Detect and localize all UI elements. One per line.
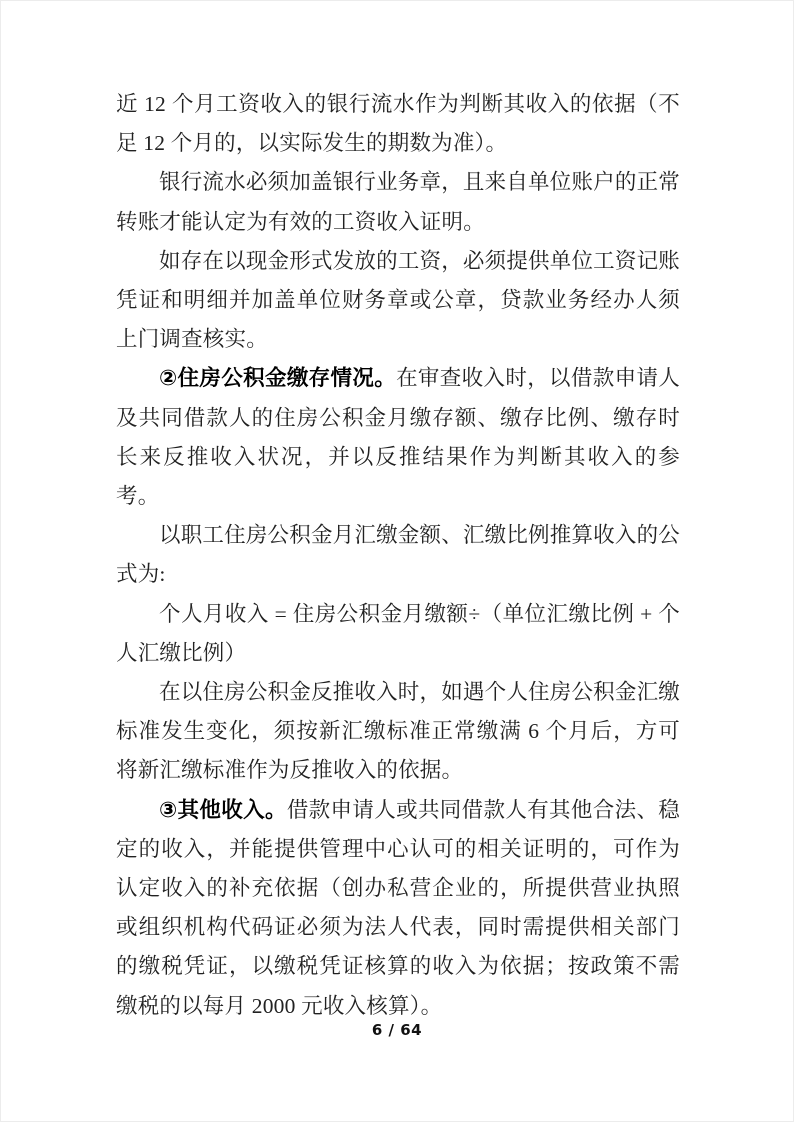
paragraph-text: 借款申请人或共同借款人有其他合法、稳定的收入，并能提供管理中心认可的相关证明的，… [116,798,680,1018]
page-footer: 6 / 64 [1,1021,793,1040]
formula-text: 个人月收入 = 住房公积金月缴额÷（单位汇缴比例 + 个人汇缴比例） [116,602,680,665]
paragraph-text: 在以住房公积金反推收入时，如遇个人住房公积金汇缴标准发生变化，须按新汇缴标准正常… [116,680,680,782]
paragraph: 近 12 个月工资收入的银行流水作为判断其收入的依据（不足 12 个月的，以实际… [116,85,680,163]
paragraph: 如存在以现金形式发放的工资，必须提供单位工资记账凭证和明细并加盖单位财务章或公章… [116,242,680,360]
document-page: 近 12 个月工资收入的银行流水作为判断其收入的依据（不足 12 个月的，以实际… [0,0,794,1122]
paragraph-text: 如存在以现金形式发放的工资，必须提供单位工资记账凭证和明细并加盖单位财务章或公章… [116,249,680,351]
paragraph: 在以住房公积金反推收入时，如遇个人住房公积金汇缴标准发生变化，须按新汇缴标准正常… [116,673,680,791]
paragraph-text: 近 12 个月工资收入的银行流水作为判断其收入的依据（不足 12 个月的，以实际… [116,92,680,155]
page-number: 6 / 64 [372,1021,422,1039]
paragraph: 个人月收入 = 住房公积金月缴额÷（单位汇缴比例 + 个人汇缴比例） [116,595,680,673]
inline-section-heading: ②住房公积金缴存情况。 [159,366,396,390]
inline-section-heading: ③其他收入。 [159,798,287,822]
paragraph: ③其他收入。借款申请人或共同借款人有其他合法、稳定的收入，并能提供管理中心认可的… [116,791,680,1026]
paragraph: 银行流水必须加盖银行业务章，且来自单位账户的正常转账才能认定为有效的工资收入证明… [116,163,680,241]
paragraph: 以职工住房公积金月汇缴金额、汇缴比例推算收入的公式为: [116,516,680,594]
paragraph-text: 以职工住房公积金月汇缴金额、汇缴比例推算收入的公式为: [116,523,680,586]
paragraph: ②住房公积金缴存情况。在审查收入时，以借款申请人及共同借款人的住房公积金月缴存额… [116,359,680,516]
document-body: 近 12 个月工资收入的银行流水作为判断其收入的依据（不足 12 个月的，以实际… [116,85,680,1026]
paragraph-text: 银行流水必须加盖银行业务章，且来自单位账户的正常转账才能认定为有效的工资收入证明… [116,170,680,233]
